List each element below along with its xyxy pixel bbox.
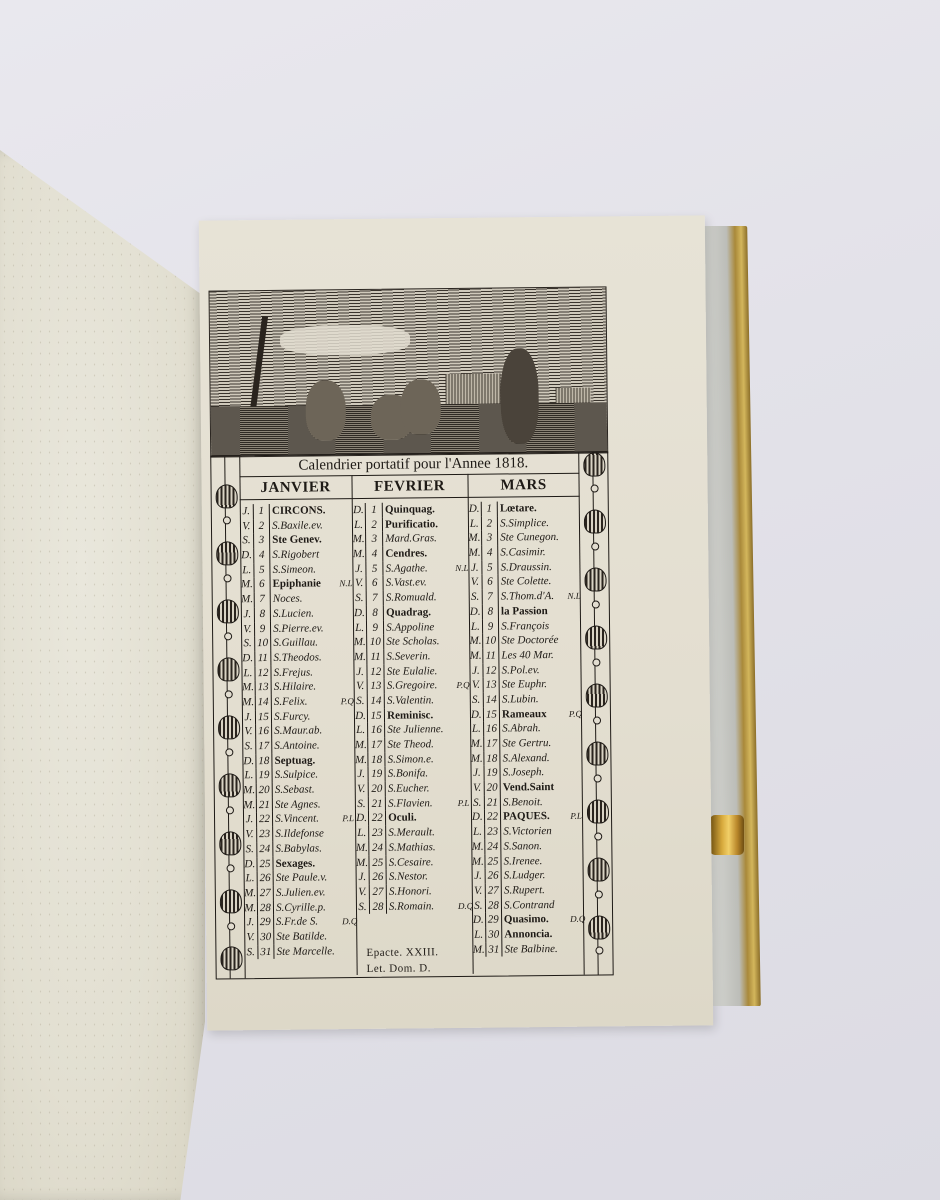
day-row: S.14S.Valentin. <box>354 693 470 709</box>
weekday-letter: D. <box>243 857 256 872</box>
saint-or-feast-name: S.Nestor. <box>387 869 459 884</box>
saint-or-feast-name: S.Pol.ev. <box>500 662 569 677</box>
saint-or-feast-name: S.Alexand. <box>500 751 569 766</box>
weekday-letter: J. <box>471 766 484 781</box>
day-number: 12 <box>482 663 500 678</box>
moon-phase-note <box>567 530 580 545</box>
day-row: M.25S.Irenee. <box>471 853 583 869</box>
saint-or-feast-name: S.Victorien <box>501 824 570 839</box>
saint-or-feast-name: Ste Gertru. <box>500 736 569 751</box>
day-number: 10 <box>482 634 500 649</box>
saint-or-feast-name: S.Merault. <box>386 825 458 840</box>
day-row: V.9S.Pierre.ev. <box>241 621 353 637</box>
moon-phase-note <box>568 574 581 589</box>
weekday-letter: M. <box>472 942 485 957</box>
day-number: 17 <box>483 737 501 752</box>
day-number: 24 <box>256 842 274 857</box>
weekday-letter: L. <box>353 620 366 635</box>
day-row: S.31Ste Marcelle. <box>244 944 356 960</box>
saint-or-feast-name: S.Lubin. <box>500 692 569 707</box>
saint-or-feast-name: CIRCONS. <box>270 503 339 518</box>
day-number: 5 <box>481 560 499 575</box>
saint-or-feast-name: Quadrag. <box>384 605 456 620</box>
day-number: 7 <box>253 592 271 607</box>
day-number: 5 <box>253 563 271 578</box>
day-row: V.13Ste Euphr. <box>470 677 582 693</box>
saint-or-feast-name: S.Casimir. <box>498 545 567 560</box>
saint-or-feast-name: S.Cyrille.p. <box>274 900 343 915</box>
moon-phase-note <box>342 767 355 782</box>
day-number: 8 <box>254 607 272 622</box>
saint-or-feast-name: Ste Colette. <box>499 574 568 589</box>
day-row: V.27S.Rupert. <box>472 883 584 899</box>
day-number: 11 <box>482 648 500 663</box>
day-number: 10 <box>366 635 384 650</box>
moon-phase-note: D.Q <box>342 914 356 929</box>
day-row: S.10S.Guillau. <box>241 635 353 651</box>
saint-or-feast-name: Vend.Saint <box>501 780 570 795</box>
weekday-letter: V. <box>471 781 484 796</box>
saint-or-feast-name: S.Lucien. <box>271 606 340 621</box>
day-row: D.8la Passion <box>469 604 581 620</box>
weekday-letter: V. <box>469 575 482 590</box>
saint-or-feast-name: S.Ludger. <box>502 868 571 883</box>
weekday-letter: J. <box>240 504 253 519</box>
moon-phase-note <box>341 709 354 724</box>
day-row: V.27S.Honori. <box>356 884 472 900</box>
day-row: L.26Ste Paule.v. <box>244 870 356 886</box>
day-list: D.1Quinquag.L.2Purificatio.M.3Mard.Gras.… <box>352 498 472 914</box>
day-row: M.3Mard.Gras. <box>352 531 468 547</box>
day-number: 26 <box>484 869 502 884</box>
weekday-letter: V. <box>472 884 485 899</box>
day-row: M.25S.Cesaire. <box>355 854 471 870</box>
day-number: 16 <box>255 724 273 739</box>
saint-or-feast-name: S.Hilaire. <box>272 679 341 694</box>
saint-or-feast-name: S.Honori. <box>387 884 459 899</box>
weekday-letter: V. <box>354 679 367 694</box>
moon-phase-note <box>458 854 471 869</box>
day-row: M.13S.Hilaire. <box>242 679 354 695</box>
weekday-letter: J. <box>242 710 255 725</box>
day-number: 31 <box>485 942 503 957</box>
saint-or-feast-name: S.Simon.e. <box>386 752 458 767</box>
day-row: M.3Ste Cunegon. <box>468 530 580 546</box>
saint-or-feast-name: S.Furcy. <box>272 709 341 724</box>
month-fevrier: FEVRIER D.1Quinquag.L.2Purificatio.M.3Ma… <box>351 474 473 975</box>
weekday-letter: D. <box>354 709 367 724</box>
moon-phase-note <box>341 679 354 694</box>
calendar-table: Calendrier portatif pour l'Annee 1818. J… <box>210 451 613 979</box>
saint-or-feast-name: PAQUES. <box>501 809 570 824</box>
day-row: M.24S.Sanon. <box>471 838 583 854</box>
moon-phase-note: N.L <box>455 561 468 576</box>
day-number: 19 <box>255 768 273 783</box>
day-row: J.1CIRCONS. <box>240 503 352 519</box>
day-number: 10 <box>254 636 272 651</box>
day-number: 12 <box>367 664 385 679</box>
month-heading: JANVIER <box>239 475 351 500</box>
saint-or-feast-name: Purificatio. <box>383 517 455 532</box>
weekday-letter: D. <box>470 707 483 722</box>
moon-phase-note <box>455 531 468 546</box>
weekday-letter: D. <box>240 548 253 563</box>
day-number: 24 <box>368 841 386 856</box>
weekday-letter: M. <box>470 751 483 766</box>
moon-phase-note <box>457 693 470 708</box>
weekday-letter: L. <box>243 768 256 783</box>
weekday-letter: M. <box>241 578 254 593</box>
moon-phase-note <box>340 606 353 621</box>
moon-phase-note <box>458 869 471 884</box>
saint-or-feast-name: S.Valentin. <box>385 693 457 708</box>
day-number: 27 <box>484 883 502 898</box>
day-row: M.18S.Alexand. <box>470 750 582 766</box>
moon-phase-note <box>343 885 356 900</box>
day-row: M.11Les 40 Mar. <box>469 648 581 664</box>
saint-or-feast-name: S.Simplice. <box>498 516 567 531</box>
weekday-letter: V. <box>356 885 369 900</box>
day-row: D.8Quadrag. <box>353 605 469 621</box>
day-row: M.11S.Severin. <box>353 649 469 665</box>
weekday-letter: J. <box>353 665 366 680</box>
day-row: L.19S.Sulpice. <box>243 767 355 783</box>
day-row: M.18S.Simon.e. <box>354 752 470 768</box>
weekday-letter: D. <box>471 810 484 825</box>
day-row: J.12Ste Eulalie. <box>353 663 469 679</box>
month-janvier: JANVIER J.1CIRCONS.V.2S.Baxile.ev.S.3Ste… <box>239 475 357 976</box>
day-row: S.14S.Lubin. <box>470 692 582 708</box>
day-row: V.13S.Gregoire.P.Q <box>354 678 470 694</box>
saint-or-feast-name: Quasimo. <box>502 912 570 927</box>
moon-phase-note: N.L <box>339 577 352 592</box>
moon-phase-note <box>339 532 352 547</box>
day-row: V.16S.Maur.ab. <box>242 723 354 739</box>
child-figure <box>305 380 346 440</box>
day-number: 25 <box>484 854 502 869</box>
day-number: 17 <box>367 738 385 753</box>
day-number: 20 <box>368 782 386 797</box>
moon-phase-note <box>457 737 470 752</box>
saint-or-feast-name: S.Ildefonse <box>273 826 342 841</box>
saint-or-feast-name: S.Felix. <box>272 694 341 709</box>
day-number: 22 <box>368 811 386 826</box>
day-number: 27 <box>369 885 387 900</box>
day-number: 29 <box>257 915 274 930</box>
day-number: 14 <box>254 695 272 710</box>
day-number: 3 <box>253 533 271 548</box>
moon-phase-note <box>458 810 471 825</box>
day-row: M.28S.Cyrille.p. <box>244 900 356 916</box>
saint-or-feast-name: Ste Marcelle. <box>274 944 343 959</box>
weekday-letter: S. <box>472 898 485 913</box>
day-row: M.31Ste Balbine. <box>472 941 584 957</box>
day-row: V.23S.Ildefonse <box>243 826 355 842</box>
day-number: 1 <box>480 502 498 517</box>
day-number: 19 <box>483 766 501 781</box>
day-number: 28 <box>257 900 275 915</box>
moon-phase-note <box>458 825 471 840</box>
day-row: L.23S.Merault. <box>355 825 471 841</box>
weekday-letter: S. <box>471 795 484 810</box>
day-row: M.24S.Mathias. <box>355 840 471 856</box>
moon-phase-note <box>343 900 356 915</box>
day-row: V.6Ste Colette. <box>469 574 581 590</box>
day-row: V.20S.Eucher. <box>355 781 471 797</box>
weekday-letter: M. <box>352 547 365 562</box>
weekday-letter: V. <box>470 678 483 693</box>
weekday-letter: J. <box>243 813 256 828</box>
day-row: L.9S.Appoline <box>353 619 469 635</box>
day-row: J.22S.Vincent.P.L <box>243 812 355 828</box>
moon-phase-note <box>341 738 354 753</box>
day-row: M.17Ste Theod. <box>354 737 470 753</box>
day-row: J.26S.Ludger. <box>472 868 584 884</box>
day-number: 12 <box>254 665 272 680</box>
day-number: 24 <box>484 839 502 854</box>
moon-phase-note: P.L <box>458 796 471 811</box>
day-row: L.16S.Abrah. <box>470 721 582 737</box>
day-number: 16 <box>367 723 385 738</box>
weekday-letter: S. <box>353 591 366 606</box>
moon-phase-note <box>455 575 468 590</box>
day-row: V.2S.Baxile.ev. <box>240 518 352 534</box>
day-number: 18 <box>255 754 273 769</box>
saint-or-feast-name: Ste Cunegon. <box>498 530 567 545</box>
day-number: 2 <box>365 517 383 532</box>
weekday-letter: D. <box>355 811 368 826</box>
moon-phase-note <box>457 752 470 767</box>
moon-phase-note <box>569 662 582 677</box>
moon-phase-note <box>459 884 472 899</box>
day-row: S.28S.Romain.D.Q <box>356 898 472 914</box>
weekday-letter: S. <box>355 797 368 812</box>
moon-phase-note <box>458 840 471 855</box>
day-row: V.6S.Vast.ev. <box>353 575 469 591</box>
moon-phase-note <box>567 501 580 516</box>
moon-phase-note <box>340 621 353 636</box>
day-row: S.28S.Contrand <box>472 897 584 913</box>
weekday-letter: J. <box>244 915 257 930</box>
weekday-letter: D. <box>352 503 365 518</box>
day-number: 8 <box>482 604 500 619</box>
saint-or-feast-name: S.Julien.ev. <box>274 885 343 900</box>
saint-or-feast-name: S.Contrand <box>502 897 571 912</box>
month-heading: FEVRIER <box>351 474 467 499</box>
day-row: D.1Lœtare. <box>468 501 580 517</box>
moon-phase-note <box>457 781 470 796</box>
saint-or-feast-name: S.Joseph. <box>501 765 570 780</box>
month-heading: MARS <box>467 473 579 498</box>
saint-or-feast-name: S.Rigobert <box>270 547 339 562</box>
day-number: 14 <box>367 694 385 709</box>
moon-phase-note <box>456 663 469 678</box>
day-number: 11 <box>366 650 384 665</box>
weekday-letter: L. <box>471 825 484 840</box>
weekday-letter: V. <box>242 724 255 739</box>
moon-phase-note: N.L <box>567 589 580 604</box>
saint-or-feast-name: S.Irenee. <box>502 853 571 868</box>
day-number: 20 <box>255 783 273 798</box>
day-row: L.12S.Frejus. <box>241 665 353 681</box>
day-number: 28 <box>369 899 387 914</box>
dominical-letter-note: Let. Dom. D. <box>367 962 431 975</box>
moon-phase-note <box>571 927 584 942</box>
day-row: L.2Purificatio. <box>352 517 468 533</box>
day-number: 7 <box>481 590 498 605</box>
moon-phase-note <box>571 853 584 868</box>
day-number: 19 <box>368 767 386 782</box>
moon-phase-note <box>456 634 469 649</box>
left-blank-page <box>0 150 205 1200</box>
day-number: 5 <box>366 562 384 577</box>
moon-phase-note <box>571 838 584 853</box>
weekday-letter: M. <box>242 680 255 695</box>
day-row: D.4S.Rigobert <box>240 547 352 563</box>
day-row: S.17S.Antoine. <box>242 738 354 754</box>
day-number: 20 <box>483 781 501 796</box>
day-number: 4 <box>253 548 271 563</box>
saint-or-feast-name: Ste Theod. <box>385 737 457 752</box>
moon-phase-note <box>569 721 582 736</box>
weekday-letter: J. <box>241 607 254 622</box>
moon-phase-note <box>569 648 582 663</box>
day-number: 22 <box>484 810 502 825</box>
saint-or-feast-name: S.Antoine. <box>272 738 341 753</box>
saint-or-feast-name: S.Simeon. <box>270 562 339 577</box>
weekday-letter: M. <box>468 546 481 561</box>
day-row: S.24S.Babylas. <box>243 841 355 857</box>
day-number: 15 <box>367 708 385 723</box>
day-number: 18 <box>368 752 386 767</box>
weekday-letter: S. <box>244 945 257 960</box>
saint-or-feast-name: Ste Eulalie. <box>385 664 457 679</box>
day-number: 16 <box>483 722 501 737</box>
moon-phase-note: P.L <box>570 809 583 824</box>
weekday-letter: L. <box>354 723 367 738</box>
weekday-letter: M. <box>354 753 367 768</box>
weekday-letter: M. <box>471 854 484 869</box>
day-number: 8 <box>366 606 384 621</box>
saint-or-feast-name: Ste Batilde. <box>274 929 343 944</box>
child-figure <box>400 379 441 434</box>
day-row: L.16Ste Julienne. <box>354 722 470 738</box>
saint-or-feast-name: Les 40 Mar. <box>499 648 568 663</box>
day-row: J.5S.Draussin. <box>468 559 580 575</box>
moon-phase-note <box>344 944 357 959</box>
saint-or-feast-name: Rameaux <box>500 706 569 721</box>
day-number: 26 <box>369 870 387 885</box>
saint-or-feast-name: S.Sulpice. <box>273 768 342 783</box>
weekday-letter: S. <box>470 693 483 708</box>
saint-or-feast-name: Ste Julienne. <box>385 722 457 737</box>
saint-or-feast-name: Ste Euphr. <box>500 677 569 692</box>
day-number: 14 <box>482 692 500 707</box>
weekday-letter: J. <box>355 767 368 782</box>
day-number: 2 <box>481 516 499 531</box>
day-number: 6 <box>481 575 499 590</box>
saint-or-feast-name: S.Thom.d'A. <box>499 589 568 604</box>
weekday-letter: J. <box>468 560 481 575</box>
moon-phase-note <box>342 753 355 768</box>
weekday-letter: S. <box>354 694 367 709</box>
saint-or-feast-name: Oculi. <box>386 810 458 825</box>
moon-phase-note <box>570 780 583 795</box>
day-row: M.27S.Julien.ev. <box>244 885 356 901</box>
weekday-letter: S. <box>241 636 254 651</box>
saint-or-feast-name: S.Benoit. <box>501 795 570 810</box>
weekday-letter: S. <box>356 899 369 914</box>
month-mars: MARS D.1Lœtare.L.2S.Simplice.M.3Ste Cune… <box>467 473 584 974</box>
weekday-letter: S. <box>469 590 482 605</box>
moon-phase-note <box>455 502 468 517</box>
moon-phase-note <box>570 794 583 809</box>
day-row: J.8S.Lucien. <box>241 606 353 622</box>
weekday-letter: V. <box>240 519 253 534</box>
weekday-letter: M. <box>354 738 367 753</box>
weekday-letter: V. <box>241 622 254 637</box>
day-row: S.3Ste Genev. <box>240 532 352 548</box>
day-row: S.21S.Benoit. <box>471 794 583 810</box>
saint-or-feast-name: Epiphanie <box>270 577 339 592</box>
saint-or-feast-name: Ste Doctorée <box>499 633 568 648</box>
moon-phase-note <box>340 591 353 606</box>
day-row: L.5S.Simeon. <box>240 562 352 578</box>
weekday-letter: D. <box>468 502 481 517</box>
weekday-letter: L. <box>240 563 253 578</box>
weekday-letter: D. <box>353 606 366 621</box>
day-number: 13 <box>254 680 272 695</box>
day-number: 15 <box>255 710 273 725</box>
day-number: 30 <box>257 930 275 945</box>
weekday-letter: J. <box>469 663 482 678</box>
saint-or-feast-name: S.Baxile.ev. <box>270 518 339 533</box>
day-number: 21 <box>256 798 274 813</box>
day-number: 25 <box>369 855 387 870</box>
moon-phase-note: P.Q <box>569 706 582 721</box>
day-row: M.10Ste Doctorée <box>469 633 581 649</box>
day-number: 18 <box>483 751 501 766</box>
day-number: 9 <box>366 620 384 635</box>
day-number: 9 <box>482 619 500 634</box>
weekday-letter: M. <box>469 634 482 649</box>
saint-or-feast-name: Ste Scholas. <box>384 634 456 649</box>
moon-phase-note <box>570 750 583 765</box>
weekday-letter: J. <box>472 869 485 884</box>
weekday-letter: S. <box>243 842 256 857</box>
weekday-letter: M. <box>244 886 257 901</box>
saint-or-feast-name: S.Frejus. <box>272 665 341 680</box>
day-number: 4 <box>365 547 383 562</box>
day-row: M.4S.Casimir. <box>468 545 580 561</box>
day-number: 17 <box>255 739 273 754</box>
saint-or-feast-name: S.Babylas. <box>273 841 342 856</box>
saint-or-feast-name: la Passion <box>499 604 568 619</box>
moon-phase-note <box>457 722 470 737</box>
day-number: 22 <box>256 812 274 827</box>
saint-or-feast-name: Ste Paule.v. <box>274 870 343 885</box>
day-row: M.14S.Felix.P.Q <box>242 694 354 710</box>
day-row: S.7S.Thom.d'A.N.L <box>469 589 581 605</box>
moon-phase-note <box>342 826 355 841</box>
weekday-letter: L. <box>472 928 485 943</box>
weekday-letter: D. <box>242 754 255 769</box>
day-number: 25 <box>256 856 274 871</box>
saint-or-feast-name: S.Maur.ab. <box>272 724 341 739</box>
weekday-letter: M. <box>241 592 254 607</box>
day-row: J.5S.Agathe.N.L <box>352 561 468 577</box>
day-number: 1 <box>252 504 270 519</box>
